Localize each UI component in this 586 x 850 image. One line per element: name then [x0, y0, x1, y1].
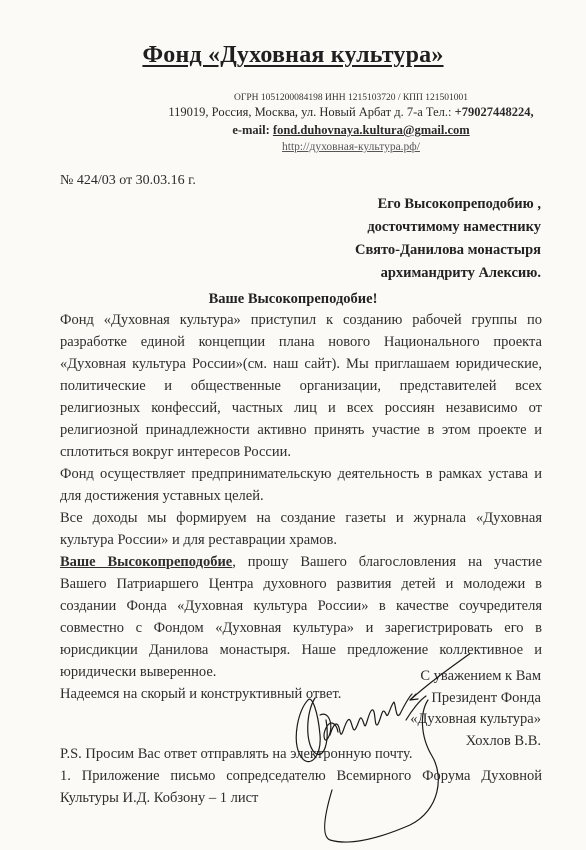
closing-line: «Духовная культура»	[410, 709, 541, 731]
letter-page: Фонд «Духовная культура» ОГРН 1051200084…	[0, 0, 586, 850]
email-link[interactable]: fond.duhovnaya.kultura@gmail.com	[273, 123, 470, 137]
recipient-line: досточтимому наместнику	[355, 216, 541, 239]
recipient-line: архимандриту Алексию.	[355, 262, 541, 285]
closing-line: С уважением к Вам	[410, 666, 541, 688]
postscript-note: P.S. Просим Вас ответ отправлять на элек…	[60, 743, 542, 765]
website-link[interactable]: http://духовная-культура.рф/	[282, 141, 420, 153]
closing-line: Президент Фонда	[410, 688, 541, 710]
recipient-line: Его Высокопреподобию ,	[355, 193, 541, 216]
body-paragraph: Фонд «Духовная культура» приступил к соз…	[60, 309, 542, 463]
attachment-note: 1. Приложение письмо сопредседателю Всем…	[60, 765, 542, 809]
phone-number: +79027448224,	[455, 105, 534, 119]
salutation: Ваше Высокопреподобие!	[0, 291, 586, 308]
registration-numbers: ОГРН 1051200084198 ИНН 1215103720 / КПП …	[0, 93, 586, 103]
recipient-block: Его Высокопреподобию , досточтимому наме…	[355, 193, 541, 285]
website-line: http://духовная-культура.рф/	[0, 141, 586, 153]
address: 119019, Россия, Москва, ул. Новый Арбат …	[168, 105, 454, 119]
address-line: 119019, Россия, Москва, ул. Новый Арбат …	[0, 105, 586, 120]
letterhead-title: Фонд «Духовная культура»	[0, 42, 586, 69]
body-paragraph: Все доходы мы формируем на создание газе…	[60, 507, 542, 551]
body-paragraph: Фонд осуществляет предпринимательскую де…	[60, 463, 542, 507]
recipient-line: Свято-Данилова монастыря	[355, 239, 541, 262]
body-paragraph: Ваше Высокопреподобие, прошу Вашего благ…	[60, 551, 542, 683]
postscript: P.S. Просим Вас ответ отправлять на элек…	[60, 743, 542, 809]
reference-number: № 424/03 от 30.03.16 г.	[60, 173, 196, 189]
emphasis-address: Ваше Высокопреподобие	[60, 554, 232, 570]
closing-block: С уважением к Вам Президент Фонда «Духов…	[410, 666, 541, 752]
email-label: e-mail:	[232, 123, 273, 137]
email-line: e-mail: fond.duhovnaya.kultura@gmail.com	[0, 123, 586, 138]
letter-body: Фонд «Духовная культура» приступил к соз…	[60, 309, 542, 705]
